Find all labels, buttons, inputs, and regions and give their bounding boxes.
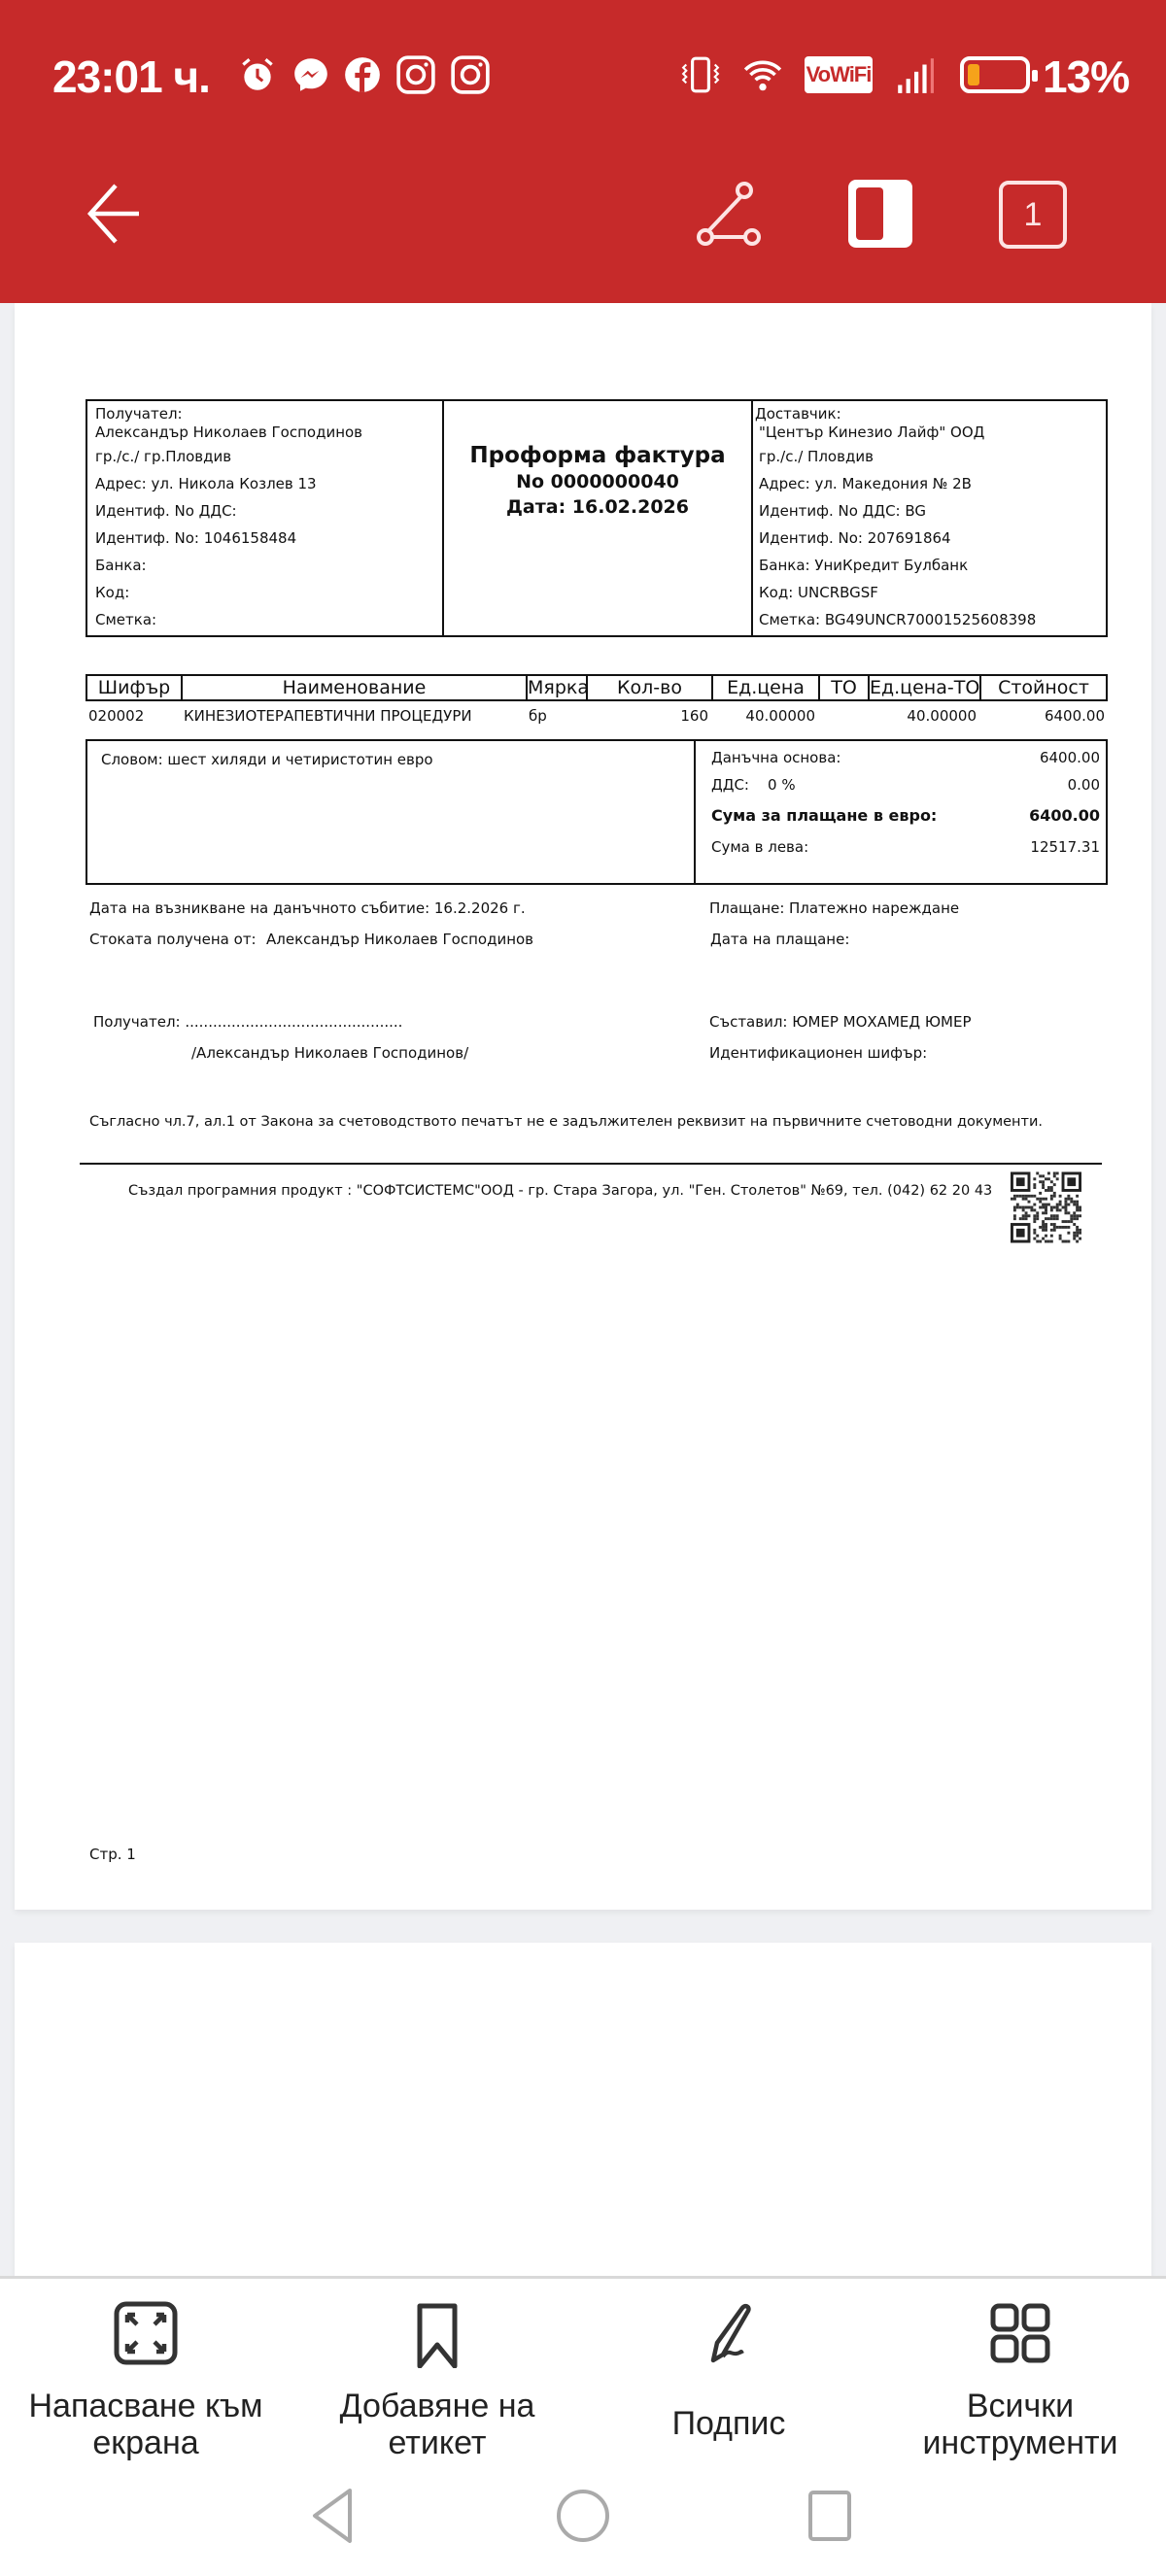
recipient-signature-line: Получател: .............................… [93, 1013, 402, 1031]
recipient-block: Получател: Александър Николаев Господино… [87, 401, 444, 635]
total-eur-row: Сума за плащане в евро:6400.00 [711, 803, 1100, 838]
amount-in-words: Словом: шест хиляди и четиристотин евро [87, 741, 696, 883]
item-name: КИНЕЗИОТЕРАПЕВТИЧНИ ПРОЦЕДУРИ [181, 707, 526, 725]
status-time: 23:01 ч. [52, 51, 210, 103]
software-note: Създал програмния продукт : "СОФТСИСТЕМС… [128, 1183, 992, 1199]
invoice-title-block: Проформа фактура No 0000000040 Дата: 16.… [444, 401, 753, 635]
arrow-left-icon [81, 180, 149, 248]
share-button[interactable] [690, 175, 768, 253]
home-icon[interactable] [552, 2485, 614, 2547]
recipient-label: Получател: [95, 405, 434, 424]
recipient-signature-name: /Александър Николаев Господинов/ [191, 1044, 468, 1062]
item-value: 6400.00 [979, 707, 1108, 725]
wifi-icon [742, 54, 783, 95]
invoice-number: No 0000000040 [444, 469, 751, 494]
supplier-vat-id: Идентиф. No ДДС: BG [759, 502, 1100, 521]
tax-base-value: 6400.00 [1040, 749, 1100, 776]
item-net-price: 40.00000 [868, 707, 979, 725]
supplier-bank: Банка: УниКредит Булбанк [759, 557, 1100, 575]
bookmark-icon [402, 2298, 472, 2368]
document-page-2 [15, 1943, 1151, 2276]
item-qty: 160 [586, 707, 711, 725]
column-header: Ед.цена [713, 676, 820, 699]
recipient-account: Сметка: [95, 611, 434, 629]
column-header: ТО [820, 676, 870, 699]
add-bookmark-label: Добавяне на етикет [291, 2388, 583, 2461]
back-icon[interactable] [305, 2485, 367, 2547]
status-bar: 23:01 ч. VoWiFi 13% [0, 47, 1166, 105]
received-by-name: Александър Николаев Господинов [266, 931, 533, 948]
view-mode-button[interactable] [841, 175, 919, 253]
invoice-title: Проформа фактура [444, 442, 751, 469]
supplier-label: Доставчик: [755, 405, 1100, 424]
share-icon [692, 177, 766, 251]
signature-label: Подпис [583, 2405, 874, 2442]
recipient-bank: Банка: [95, 557, 434, 575]
system-navigation-bar [0, 2467, 1166, 2564]
vat-value: 0.00 [1068, 776, 1100, 803]
vat-row: ДДС: 0 %0.00 [711, 776, 1100, 803]
tax-base-label: Данъчна основа: [711, 749, 840, 776]
table-row: 020002 КИНЕЗИОТЕРАПЕВТИЧНИ ПРОЦЕДУРИ бр … [86, 701, 1108, 730]
recipient-name: Александър Николаев Господинов [95, 424, 434, 442]
page-count-button[interactable]: 1 [999, 181, 1067, 249]
recipient-code: Код: [95, 584, 434, 602]
compiled-by: Съставил: ЮМЕР МОХАМЕД ЮМЕР [709, 1013, 972, 1031]
total-eur-value: 6400.00 [1029, 803, 1100, 838]
supplier-account: Сметка: BG49UNCR70001525608398 [759, 611, 1100, 629]
fit-screen-button[interactable]: Напасване към екрана [0, 2298, 291, 2463]
supplier-city: гр./с./ Пловдив [759, 448, 1100, 466]
facebook-icon [342, 54, 383, 95]
item-unit: бр [526, 707, 586, 725]
id-code-label: Идентификационен шифър: [709, 1044, 927, 1062]
instagram-icon [395, 54, 436, 95]
column-header: Наименование [183, 676, 528, 699]
battery-percent: 13% [1043, 51, 1129, 103]
instagram-icon [450, 54, 491, 95]
add-bookmark-button[interactable]: Добавяне на етикет [291, 2298, 583, 2463]
signature-button[interactable]: Подпис [583, 2298, 874, 2463]
invoice-date: Дата: 16.02.2026 [444, 494, 751, 520]
total-bgn-value: 12517.31 [1030, 838, 1100, 865]
page-number-label: Стр. 1 [89, 1846, 136, 1863]
messenger-icon [291, 54, 331, 95]
fit-screen-icon [111, 2298, 181, 2368]
total-bgn-label: Сума в лева: [711, 838, 808, 865]
items-table-header: Шифър Наименование Мярка Кол-во Ед.цена … [86, 674, 1108, 701]
supplier-id: Идентиф. No: 207691864 [759, 529, 1100, 548]
payment-label: Плащане: [709, 899, 784, 917]
tax-event-date: Дата на възникване на данъчното събитие:… [89, 899, 526, 917]
total-bgn-row: Сума в лева:12517.31 [711, 838, 1100, 865]
vowifi-badge: VoWiFi [805, 56, 873, 93]
supplier-code: Код: UNCRBGSF [759, 584, 1100, 602]
app-header: 23:01 ч. VoWiFi 13% 1 [0, 0, 1166, 303]
item-code: 020002 [86, 707, 181, 725]
vat-label: ДДС: 0 % [711, 776, 796, 803]
signature-icon [694, 2298, 764, 2368]
all-tools-button[interactable]: Всички инструменти [874, 2298, 1166, 2463]
payment-date-label: Дата на плащане: [710, 931, 849, 948]
column-header: Шифър [87, 676, 183, 699]
column-header: Стойност [981, 676, 1106, 699]
recipient-id: Идентиф. No: 1046158484 [95, 529, 434, 548]
totals-summary: Данъчна основа:6400.00 ДДС: 0 %0.00 Сума… [696, 741, 1106, 883]
column-header: Кол-во [588, 676, 713, 699]
signal-icon [894, 54, 935, 95]
column-header: Ед.цена-ТО [870, 676, 981, 699]
totals-box: Словом: шест хиляди и четиристотин евро … [86, 739, 1108, 885]
battery-icon [960, 56, 1030, 93]
supplier-name: "Център Кинезио Лайф" ООД [759, 424, 1100, 442]
recents-icon[interactable] [799, 2485, 861, 2547]
payment-method: Платежно нареждане [789, 899, 959, 917]
legal-note: Съгласно чл.7, ал.1 от Закона за счетово… [89, 1114, 1043, 1130]
all-tools-label: Всички инструменти [874, 2388, 1166, 2461]
tax-base-row: Данъчна основа:6400.00 [711, 749, 1100, 776]
qr-code [1011, 1171, 1081, 1243]
item-unit-price: 40.00000 [711, 707, 818, 725]
items-table: Шифър Наименование Мярка Кол-во Ед.цена … [86, 674, 1108, 730]
fit-screen-label: Напасване към екрана [0, 2388, 291, 2461]
supplier-block: Доставчик: "Център Кинезио Лайф" ООД гр.… [753, 401, 1106, 635]
recipient-address: Адрес: ул. Никола Козлев 13 [95, 475, 434, 493]
footer-divider [80, 1163, 1102, 1165]
received-by-label: Стоката получена от: [89, 931, 257, 948]
column-header: Мярка [528, 676, 588, 699]
back-button[interactable] [76, 175, 154, 253]
recipient-city: гр./с./ гр.Пловдив [95, 448, 434, 466]
supplier-address: Адрес: ул. Македония № 2В [759, 475, 1100, 493]
invoice-header-table: Получател: Александър Николаев Господино… [86, 399, 1108, 637]
alarm-icon [237, 54, 278, 95]
total-eur-label: Сума за плащане в евро: [711, 803, 937, 838]
vibrate-icon [680, 54, 721, 95]
all-tools-icon [985, 2298, 1055, 2368]
page-view-icon [846, 178, 914, 250]
recipient-vat-id: Идентиф. No ДДС: [95, 502, 434, 521]
